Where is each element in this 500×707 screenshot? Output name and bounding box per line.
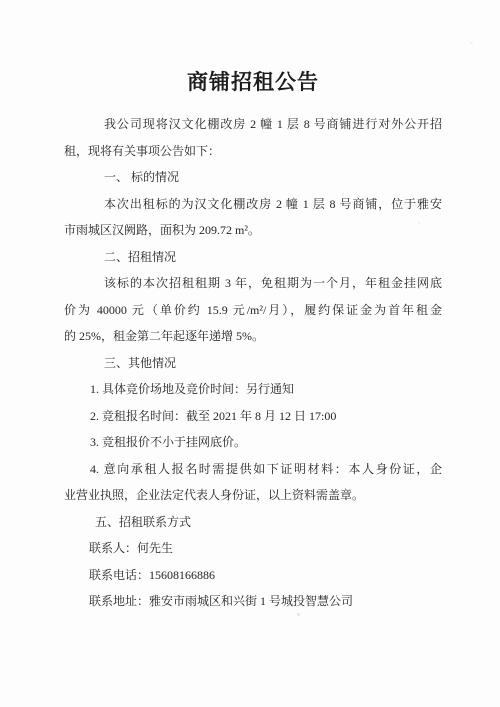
paragraph-line: 该标的本次招租租期 3 年，免租期为一个月，年租金挂网底 [64,270,442,297]
contact-phone-line: 联系电话：15608166886 [89,562,442,589]
section-heading: 二、招租情况 [104,244,442,271]
paragraph-line: 业营业执照，企业法定代表人身份证，以上资料需盖章。 [64,482,442,509]
paragraph-line: 的 25%，租金第二年起逐年递增 5%。 [64,323,442,350]
section-heading: 一、 标的情况 [104,164,442,191]
scan-speck [297,613,300,616]
paragraph-line: 我公司现将汉文化棚改房 2 幢 1 层 8 号商铺进行对外公开招 [64,111,442,138]
list-item: 2. 竞租报名时间：截至 2021 年 8 月 12 日 17:00 [90,403,442,430]
list-item: 4. 意向承租人报名时需提供如下证明材料：本人身份证，企 [90,456,442,483]
paragraph-line: 租，现将有关事项公告如下： [64,138,442,165]
paragraph-line: 本次出租标的为汉文化棚改房 2 幢 1 层 8 号商铺，位于雅安 [64,191,442,218]
document-page: 商铺招租公告 我公司现将汉文化棚改房 2 幢 1 层 8 号商铺进行对外公开招 … [0,0,500,707]
scan-speck [470,42,473,44]
contact-address-line: 联系地址：雅安市雨城区和兴街 1 号城投智慧公司 [89,588,442,615]
document-body: 我公司现将汉文化棚改房 2 幢 1 层 8 号商铺进行对外公开招 租，现将有关事… [64,111,442,615]
list-item: 1. 具体竞价场地及竞价时间：另行通知 [90,376,442,403]
contact-person-line: 联系人：何先生 [89,535,442,562]
document-title: 商铺招租公告 [64,67,442,97]
paragraph-line: 价为 40000 元（单价约 15.9 元/m²/月），履约保证金为首年租金 [64,297,442,324]
section-heading: 五、招租联系方式 [95,509,442,536]
scan-speck [418,222,420,224]
section-heading: 三、其他情况 [104,350,442,377]
list-item: 3. 竞租报价不小于挂网底价。 [90,429,442,456]
paragraph-line: 市雨城区汉阙路，面积为 209.72 m²。 [64,217,442,244]
